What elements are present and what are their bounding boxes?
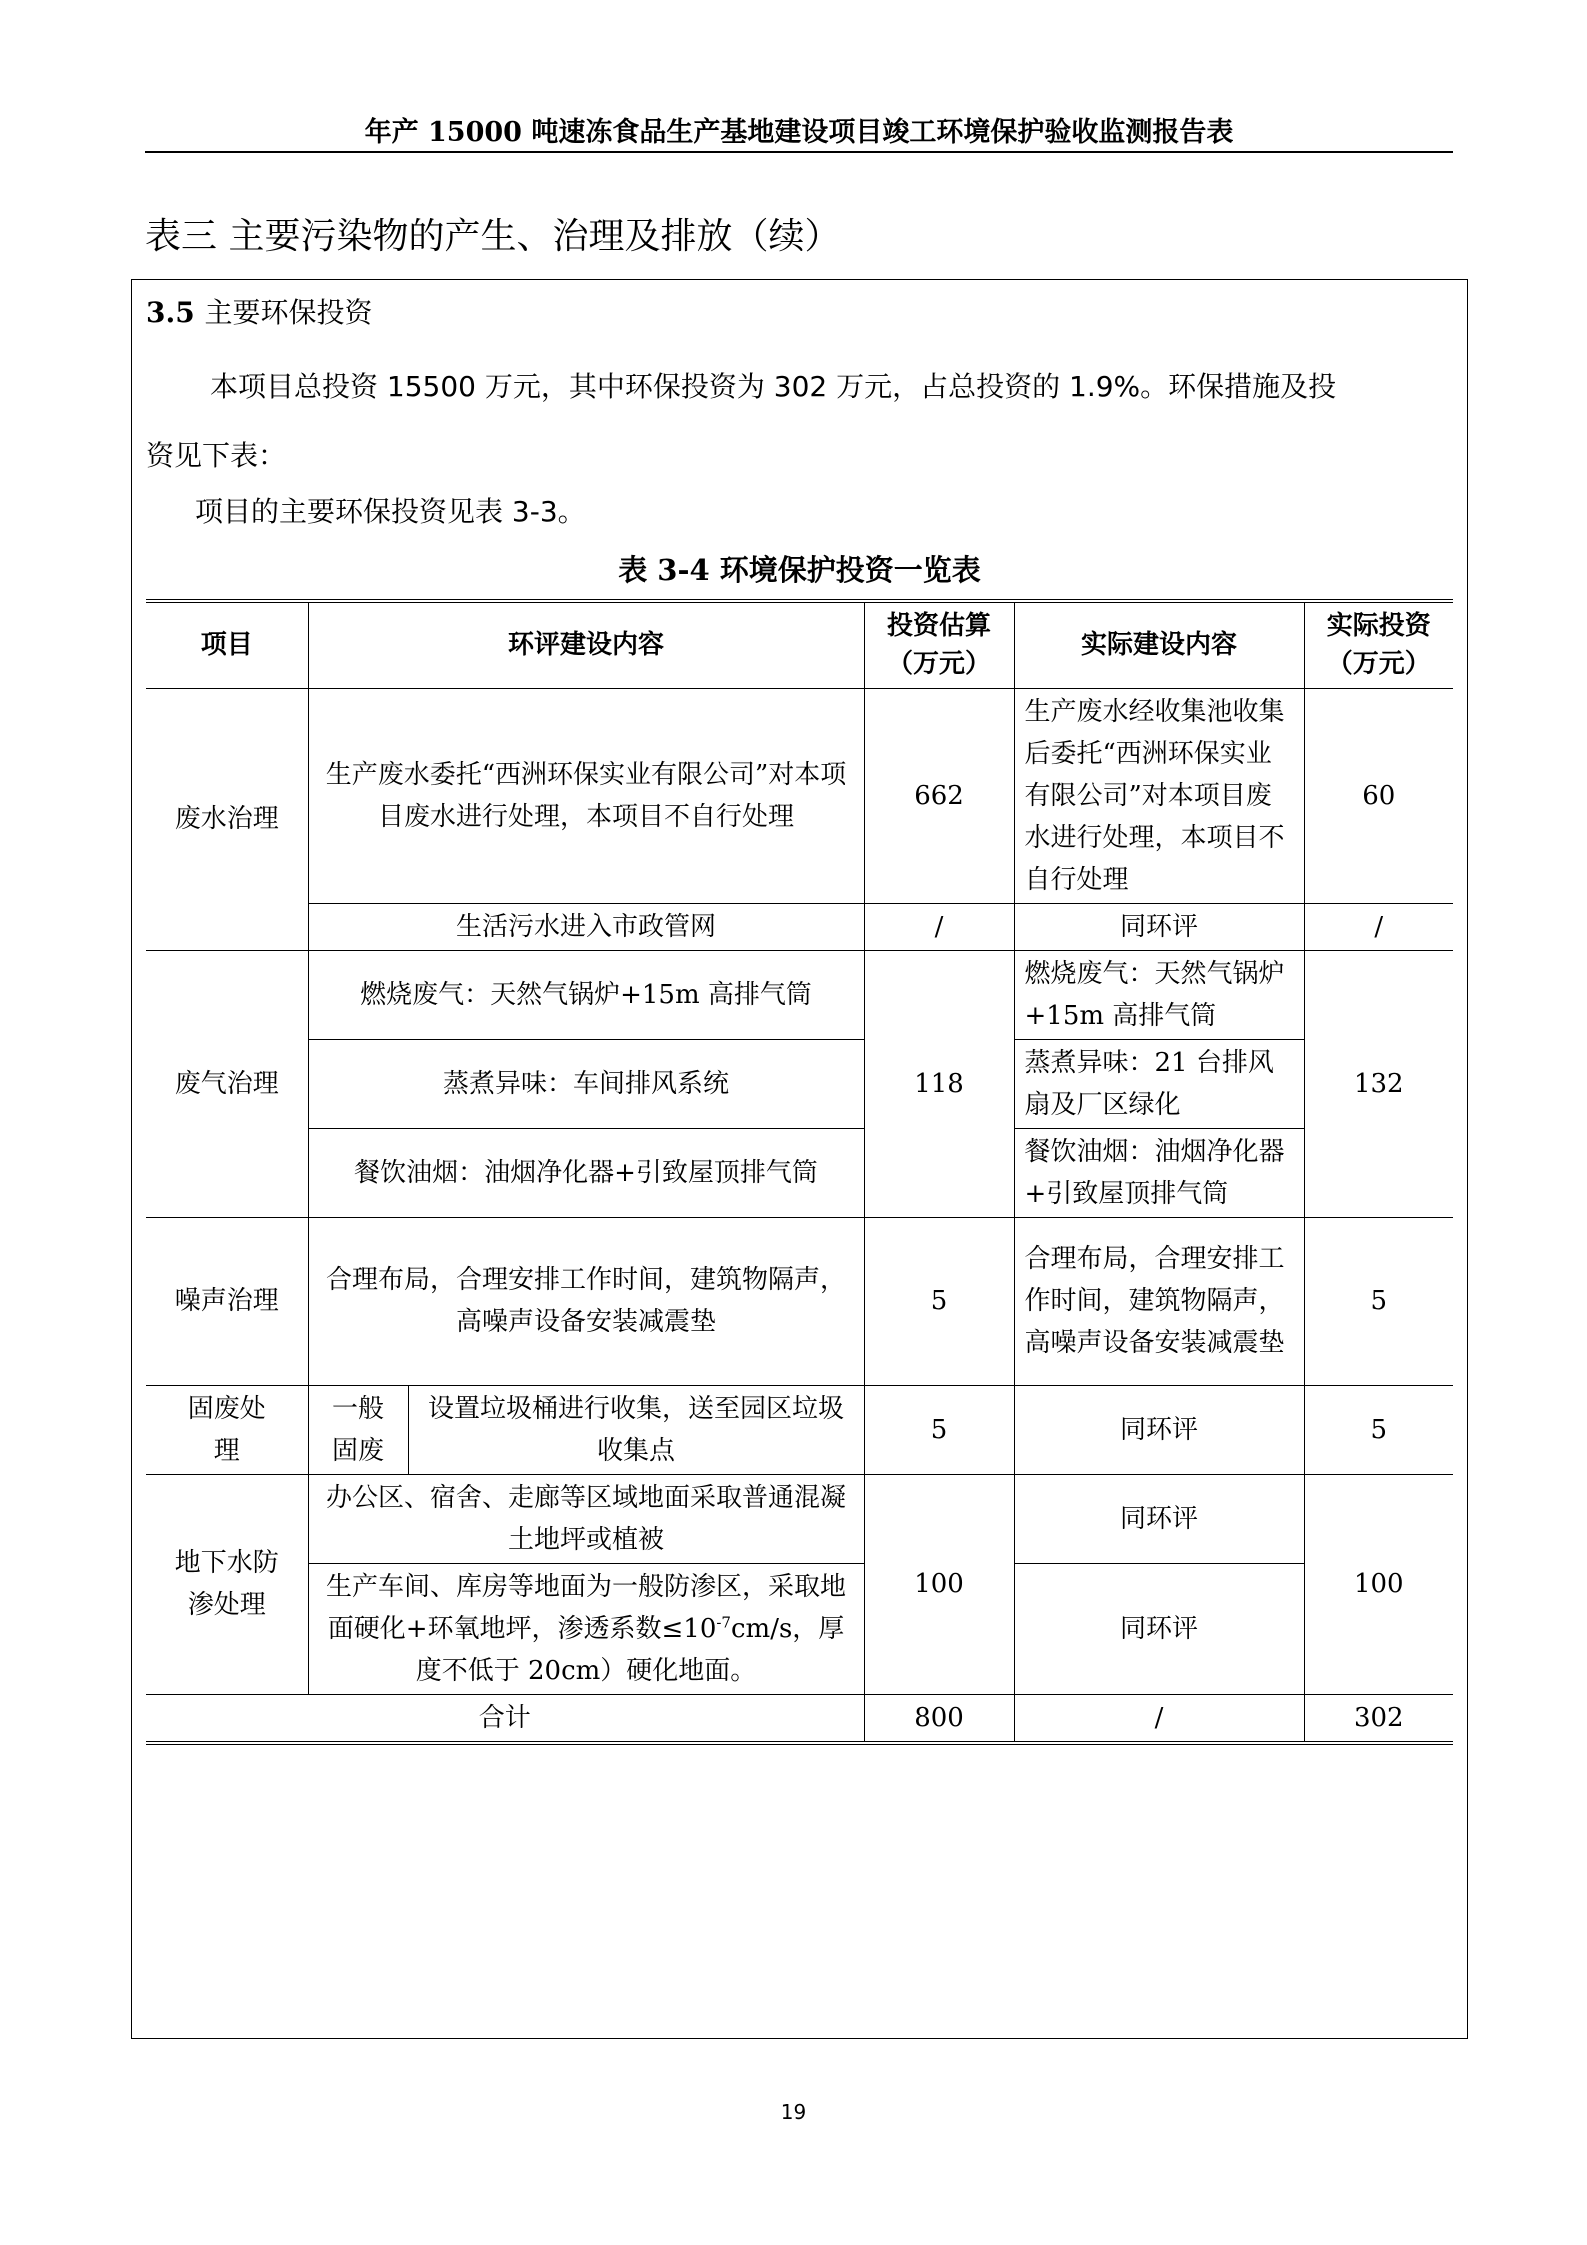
investment-summary-line1: 本项目总投资 15500 万元，其中环保投资为 302 万元，占总投资的 1.9…	[210, 365, 1336, 405]
act-exhaust-kitchen-fumes: 餐饮油烟：油烟净化器+引致屋顶排气筒	[1014, 1128, 1304, 1217]
eia-exhaust-kitchen-fumes: 餐饮油烟：油烟净化器+引致屋顶排气筒	[308, 1128, 864, 1217]
header-item: 项目	[146, 601, 308, 688]
act-noise: 合理布局，合理安排工作时间，建筑物隔声，高噪声设备安装减震垫	[1014, 1217, 1304, 1385]
row-item-solid-waste: 固废处理	[146, 1385, 308, 1474]
actinv-wastewater-domestic: /	[1304, 903, 1453, 950]
est-wastewater-production: 662	[864, 688, 1014, 903]
eia-groundwater-office: 办公区、宿舍、走廊等区域地面采取普通混凝土地坪或植被	[308, 1474, 864, 1563]
header-actual-content: 实际建设内容	[1014, 601, 1304, 688]
section-title: 表三 主要污染物的产生、治理及排放（续）	[145, 208, 840, 259]
table-row: 废气治理 燃烧废气：天然气锅炉+15m 高排气筒 118 燃烧废气：天然气锅炉+…	[146, 950, 1453, 1039]
est-exhaust: 118	[864, 950, 1014, 1217]
page-number: 19	[0, 2100, 1587, 2124]
act-exhaust-combustion: 燃烧废气：天然气锅炉+15m 高排气筒	[1014, 950, 1304, 1039]
total-actinv: 302	[1304, 1694, 1453, 1743]
investment-reference-text: 项目的主要环保投资见表 3-3。	[195, 490, 586, 530]
table-row: 生活污水进入市政管网 / 同环评 /	[146, 903, 1453, 950]
act-exhaust-cooking-odor: 蒸煮异味：21 台排风扇及厂区绿化	[1014, 1039, 1304, 1128]
est-groundwater: 100	[864, 1474, 1014, 1694]
eia-wastewater-domestic: 生活污水进入市政管网	[308, 903, 864, 950]
eia-noise: 合理布局，合理安排工作时间，建筑物隔声，高噪声设备安装减震垫	[308, 1217, 864, 1385]
page-header-title: 年产 15000 吨速冻食品生产基地建设项目竣工环境保护验收监测报告表	[145, 110, 1453, 149]
eia-solid-waste: 设置垃圾桶进行收集，送至园区垃圾收集点	[408, 1385, 864, 1474]
total-est: 800	[864, 1694, 1014, 1743]
investment-table: 项目 环评建设内容 投资估算（万元） 实际建设内容 实际投资（万元） 废水治理 …	[146, 599, 1453, 1745]
row-item-noise: 噪声治理	[146, 1217, 308, 1385]
act-groundwater-office: 同环评	[1014, 1474, 1304, 1563]
actinv-exhaust: 132	[1304, 950, 1453, 1217]
table-row: 生产车间、库房等地面为一般防渗区，采取地面硬化+环氧地坪，渗透系数≤10-7cm…	[146, 1563, 1453, 1694]
act-wastewater-domestic: 同环评	[1014, 903, 1304, 950]
total-label: 合计	[146, 1694, 864, 1743]
table-row: 废水治理 生产废水委托“西洲环保实业有限公司”对本项目废水进行处理，本项目不自行…	[146, 688, 1453, 903]
est-wastewater-domestic: /	[864, 903, 1014, 950]
header-estimated-investment: 投资估算（万元）	[864, 601, 1014, 688]
header-eia-content: 环评建设内容	[308, 601, 864, 688]
eia-wastewater-production: 生产废水委托“西洲环保实业有限公司”对本项目废水进行处理，本项目不自行处理	[308, 688, 864, 903]
row-item-wastewater: 废水治理	[146, 688, 308, 950]
investment-summary-line2: 资见下表：	[146, 434, 286, 474]
act-groundwater-workshop: 同环评	[1014, 1563, 1304, 1694]
row-item-exhaust: 废气治理	[146, 950, 308, 1217]
est-solid-waste: 5	[864, 1385, 1014, 1474]
eia-exhaust-cooking-odor: 蒸煮异味：车间排风系统	[308, 1039, 864, 1128]
actinv-solid-waste: 5	[1304, 1385, 1453, 1474]
table-caption: 表 3-4 环境保护投资一览表	[146, 548, 1453, 589]
header-actual-investment: 实际投资（万元）	[1304, 601, 1453, 688]
table-total-row: 合计 800 / 302	[146, 1694, 1453, 1743]
subsection-number: 3.5	[146, 296, 195, 329]
row-subitem-general-solid-waste: 一般固废	[308, 1385, 408, 1474]
actinv-wastewater-production: 60	[1304, 688, 1453, 903]
header-divider	[145, 151, 1453, 153]
eia-exhaust-combustion: 燃烧废气：天然气锅炉+15m 高排气筒	[308, 950, 864, 1039]
table-row: 蒸煮异味：车间排风系统 蒸煮异味：21 台排风扇及厂区绿化	[146, 1039, 1453, 1128]
est-noise: 5	[864, 1217, 1014, 1385]
subsection-title: 主要环保投资	[204, 296, 372, 329]
table-row: 固废处理 一般固废 设置垃圾桶进行收集，送至园区垃圾收集点 5 同环评 5	[146, 1385, 1453, 1474]
total-act: /	[1014, 1694, 1304, 1743]
eia-groundwater-workshop: 生产车间、库房等地面为一般防渗区，采取地面硬化+环氧地坪，渗透系数≤10-7cm…	[308, 1563, 864, 1694]
actinv-noise: 5	[1304, 1217, 1453, 1385]
table-header-row: 项目 环评建设内容 投资估算（万元） 实际建设内容 实际投资（万元）	[146, 601, 1453, 688]
table-row: 地下水防渗处理 办公区、宿舍、走廊等区域地面采取普通混凝土地坪或植被 100 同…	[146, 1474, 1453, 1563]
table-row: 噪声治理 合理布局，合理安排工作时间，建筑物隔声，高噪声设备安装减震垫 5 合理…	[146, 1217, 1453, 1385]
table-row: 餐饮油烟：油烟净化器+引致屋顶排气筒 餐饮油烟：油烟净化器+引致屋顶排气筒	[146, 1128, 1453, 1217]
actinv-groundwater: 100	[1304, 1474, 1453, 1694]
subsection-heading: 3.5 主要环保投资	[146, 291, 372, 331]
act-wastewater-production: 生产废水经收集池收集后委托“西洲环保实业有限公司”对本项目废水进行处理，本项目不…	[1014, 688, 1304, 903]
row-item-groundwater: 地下水防渗处理	[146, 1474, 308, 1694]
act-solid-waste: 同环评	[1014, 1385, 1304, 1474]
exponent: -7	[716, 1613, 731, 1631]
